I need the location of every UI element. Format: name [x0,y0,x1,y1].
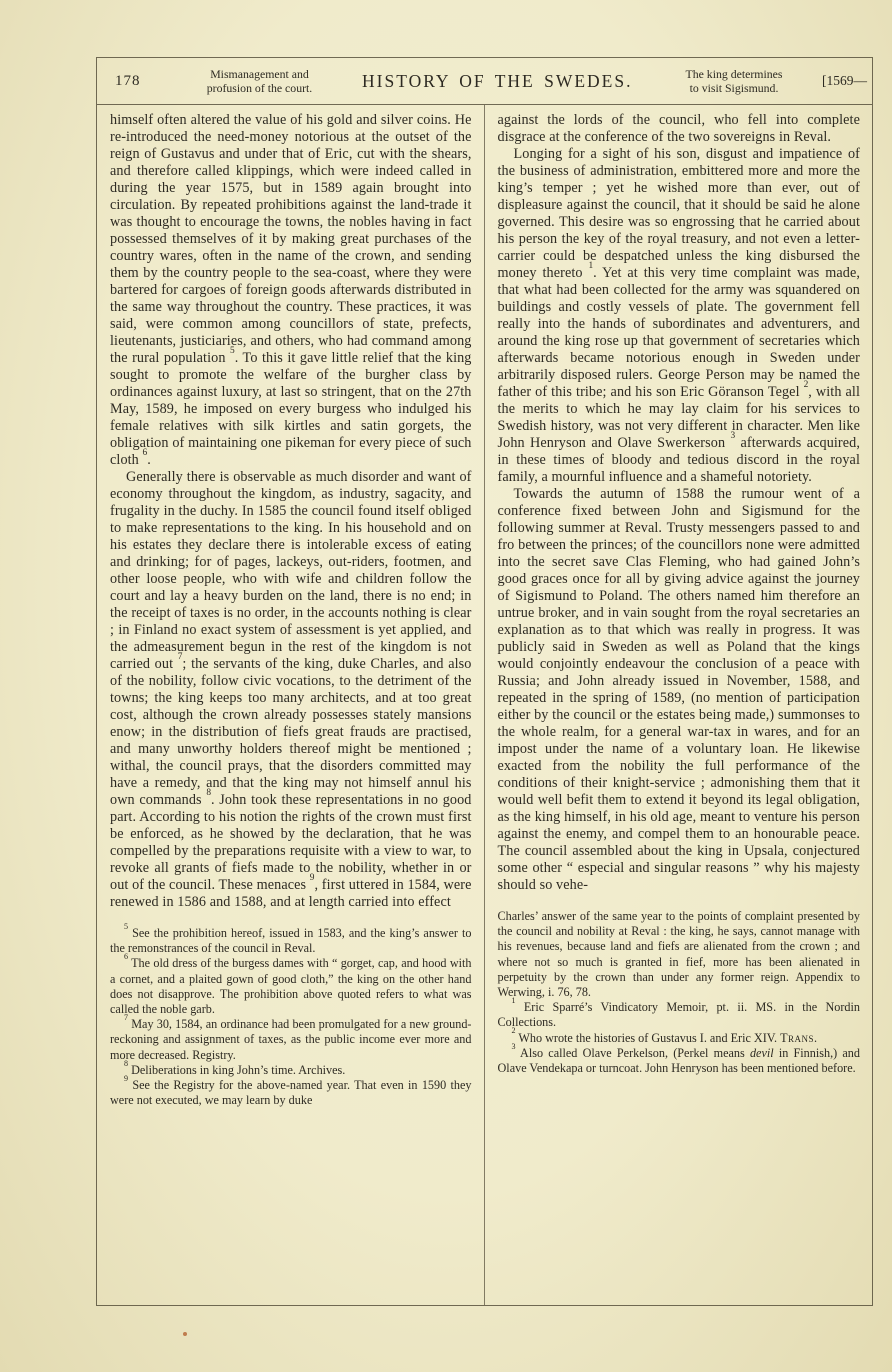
header-left-note: Mismanagement and profusion of the court… [175,67,345,96]
header-right-note: The king determines to visit Sigismund. [650,67,818,96]
paragraph: Generally there is observable as much di… [110,469,472,911]
footnote-continuation: Charles’ answer of the same year to the … [498,909,861,1000]
page-number: 178 [115,73,141,90]
paragraph: Towards the autumn of 1588 the rumour we… [498,486,861,894]
paragraph: himself often altered the value of his g… [110,112,472,469]
header-right-note-line2: to visit Sigismund. [650,81,818,95]
footnote: 6 The old dress of the burgess dames wit… [110,956,472,1017]
page-frame: 178 Mismanagement and profusion of the c… [96,57,873,1306]
header-year-range: [1569— [822,73,867,89]
right-footnotes: Charles’ answer of the same year to the … [498,909,861,1076]
header-left-note-line2: profusion of the court. [175,81,345,95]
column-left: himself often altered the value of his g… [97,105,485,1305]
running-header: 178 Mismanagement and profusion of the c… [97,58,872,105]
paragraph: against the lords of the council, who fe… [498,112,861,146]
footnote: 7 May 30, 1584, an ordinance had been pr… [110,1017,472,1063]
book-page: { "colors":{ "paper":"#f0ebcb", "paper-e… [0,0,892,1372]
left-body-text: himself often altered the value of his g… [110,112,472,911]
column-right: against the lords of the council, who fe… [485,105,873,1305]
header-right-note-line1: The king determines [650,67,818,81]
footnote: 8 Deliberations in king John’s time. Arc… [110,1063,472,1078]
footnote: 2 Who wrote the histories of Gustavus I.… [498,1031,861,1046]
text-columns: himself often altered the value of his g… [97,105,872,1305]
right-body-text: against the lords of the council, who fe… [498,112,861,894]
footnote: 5 See the prohibition hereof, issued in … [110,926,472,956]
footnote: 9 See the Registry for the above-named y… [110,1078,472,1108]
left-footnotes: 5 See the prohibition hereof, issued in … [110,926,472,1108]
page-title: HISTORY OF THE SWEDES. [345,71,651,92]
footnote: 1 Eric Sparré’s Vindicatory Memoir, pt. … [498,1000,861,1030]
paper-fleck [183,1332,187,1336]
footnote: 3 Also called Olave Perkelson, (Perkel m… [498,1046,861,1076]
header-left-note-line1: Mismanagement and [175,67,345,81]
paragraph: Longing for a sight of his son, disgust … [498,146,861,486]
